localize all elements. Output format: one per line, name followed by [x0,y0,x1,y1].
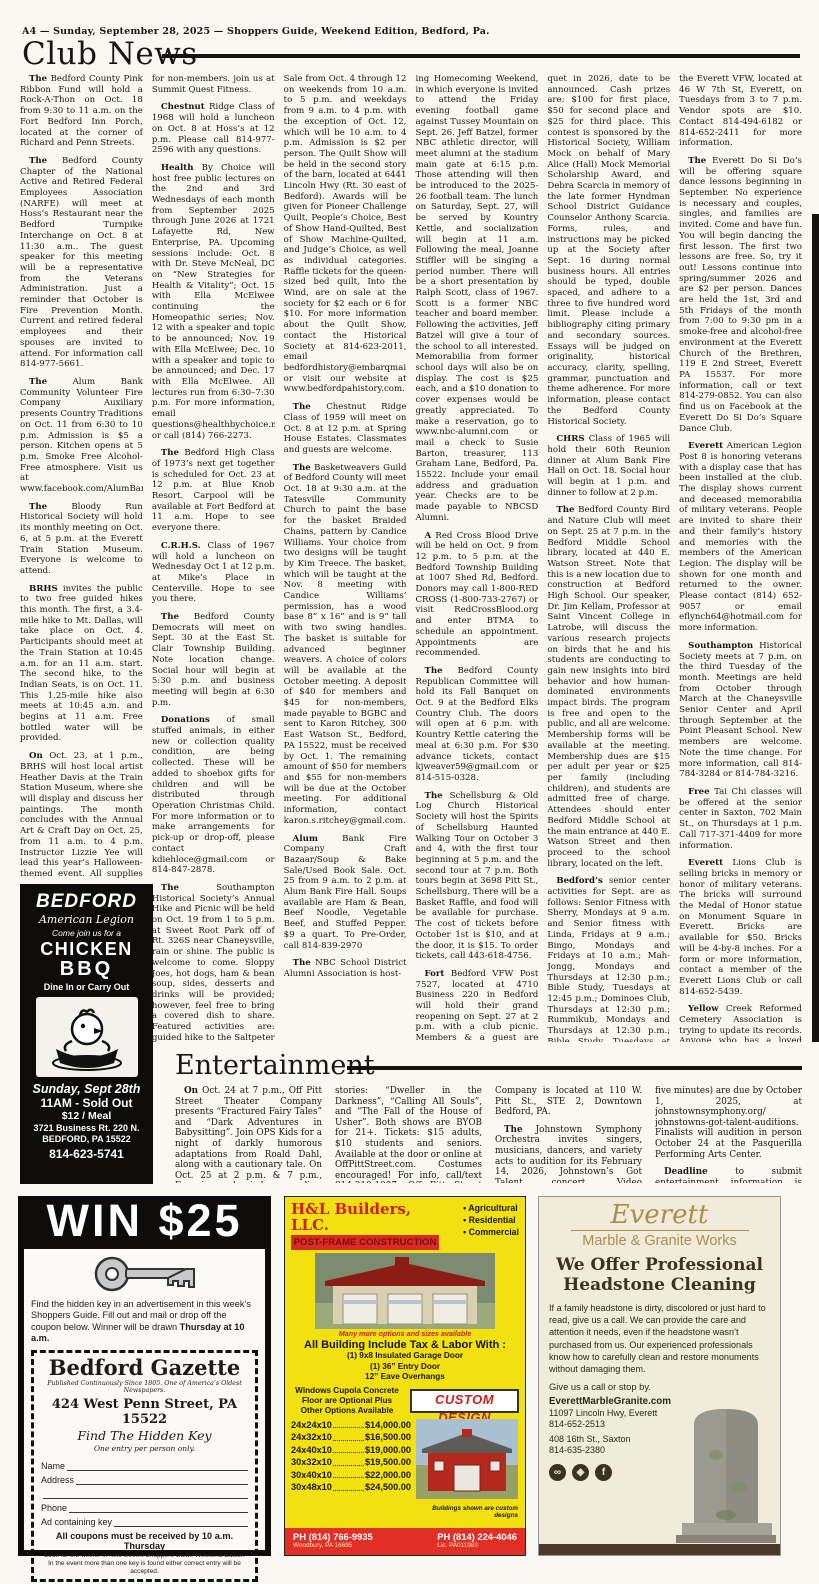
win-ad-body: Find the hidden key in an advertisement … [23,1248,266,1551]
entertainment-column-1: On Oct. 24 at 7 p.m., Off Pitt Street Th… [175,1086,322,1183]
hl-include-item: (1) 9x8 Insulated Garage Door [291,1351,519,1362]
everett-subtitle: Marble & Granite Works [571,1230,749,1249]
news-paragraph: BRHS invites the public to two free guid… [20,584,143,745]
news-paragraph: Free Tai Chi classes will be offered at … [679,787,802,851]
news-paragraph: for non-members. join us at Summit Quest… [152,74,275,95]
website-icon: ∞ [549,1464,566,1481]
hl-license: Lic. PA011983 [437,1542,517,1549]
news-paragraph: The Bedford County Republican Committee … [415,666,538,784]
news-paragraph: Donations of small stuffed animals, in e… [152,715,275,876]
hl-price-list: 24x24x10$14,000.0024x32x10$16,500.0024x4… [291,1419,411,1519]
entertainment-column-2: stories: “Dweller in the Darkness”, “Cal… [335,1086,482,1183]
news-column-4: ing Homecoming Weekend, in which everyon… [415,74,538,1042]
legion-price: $12 / Meal [20,1110,153,1122]
legion-org: American Legion [20,913,153,926]
hl-builders-ad: H&L Builders, LLC. POST-FRAME CONSTRUCTI… [284,1196,526,1556]
hl-price-row: 30x32x10$19,500.00 [291,1456,411,1469]
everett-footer-bar [539,1544,780,1555]
news-paragraph: Health By Choice will host free public l… [152,163,275,441]
news-paragraph: CHRS Class of 1965 will hold their 60th … [547,434,670,498]
news-paragraph: The Bedford High Class of 1973’s next ge… [152,448,275,534]
news-paragraph: The Southampton Historical Society’s Ann… [152,883,275,1042]
everett-address-2: 408 16th St., Saxton [549,1434,679,1444]
newspaper-page: A4 — Sunday, September 28, 2025 — Shoppe… [0,0,819,1584]
news-paragraph: The Bedford County Bird and Nature Club … [547,505,670,869]
gazette-address: 424 West Penn Street, PA 15522 [41,1397,248,1427]
hl-custom-design-badge: CUSTOM DESIGN [410,1389,519,1413]
hl-service-item: • Residential [463,1214,519,1226]
hl-company-name: H&L Builders, LLC. [291,1201,439,1233]
chicken-bbq-cartoon [36,997,138,1077]
coupon-form: NameAddressPhoneAd containing key [41,1457,248,1527]
news-paragraph: Sale from Oct. 4 through 12 on weekends … [284,74,407,395]
news-paragraph: ing Homecoming Weekend, in which everyon… [415,74,538,524]
news-paragraph: A Red Cross Blood Drive will be held on … [415,531,538,659]
coupon-note: One entry per person only. [41,1444,248,1453]
everett-cta: Give us a call or stop by. [549,1381,679,1392]
memorial-seal-icon: ◈ [572,1464,589,1481]
news-paragraph: The Bedford County Chapter of the Nation… [20,156,143,370]
news-column-3: Sale from Oct. 4 through 12 on weekends … [284,74,407,1042]
news-column-5: quet in 2026, date to be announced. Cash… [547,74,670,1042]
news-paragraph: Company is located at 110 W. Pitt St., S… [495,1086,642,1118]
legion-tagline: Come join us for a [20,928,153,938]
everett-phone-1: 814-652-2513 [549,1419,679,1429]
write-in-line[interactable] [114,1526,248,1527]
news-column-2: for non-members. join us at Summit Quest… [152,74,275,1042]
win-25-ad: WIN $25 Find the hidden key in an advert… [18,1196,271,1556]
hl-footer: PH (814) 766-9935Woodbury, PA 16695 PH (… [285,1528,525,1555]
hl-include-list: (1) 9x8 Insulated Garage Door(1) 36” Ent… [291,1351,519,1383]
hl-price-row: 30x48x10$24,500.00 [291,1481,411,1494]
write-in-line[interactable] [67,1470,248,1471]
hl-include-item: (1) 36” Entry Door [291,1362,519,1373]
legion-event-chicken: CHICKEN [20,939,153,960]
pole-barn-photo [315,1253,495,1329]
win-banner: WIN $25 [18,1196,271,1246]
news-paragraph: Chestnut Ridge Class of 1968 will hold a… [152,102,275,156]
hl-phone-2: PH (814) 224-4046 [437,1531,517,1542]
page-edge-scan-artifact [812,214,819,1042]
hl-photo-caption: Many more options and sizes available [291,1329,519,1338]
news-paragraph: quet in 2026, date to be announced. Cash… [547,74,670,427]
coupon-headline: Find The Hidden Key [41,1428,248,1443]
american-legion-bbq-ad: BEDFORD American Legion Come join us for… [20,884,153,1184]
everett-headline: We Offer ProfessionalHeadstone Cleaning [549,1255,770,1295]
coupon-fine-print: Look for the winner in next week’s Shopp… [41,1552,248,1560]
win-instructions: Find the hidden key in an advertisement … [31,1299,258,1345]
news-paragraph: The Schellsburg & Old Log Church Histori… [415,791,538,962]
news-paragraph: Everett American Legion Post 8 is honori… [679,441,802,634]
hl-services-list: • Agricultural• Residential• Commercial [463,1201,519,1250]
coupon-fine-print: In the event more than one key is found … [41,1560,248,1575]
coupon-deadline: All coupons must be received by 10 a.m. … [41,1531,248,1551]
news-column-6: the Everett VFW, located at 46 W 7th St,… [679,74,802,1042]
section-divider [162,54,800,58]
news-paragraph: The Basketweavers Guild of Bedford Count… [284,463,407,827]
news-paragraph: Bedford’s senior center activities for S… [547,876,670,1042]
coupon-field[interactable]: Ad containing key [41,1513,248,1527]
news-column-1: The Bedford County Pink Ribbon Fund will… [20,74,143,878]
news-paragraph: the Everett VFW, located at 46 W 7th St,… [679,74,802,149]
hl-post-frame-banner: POST-FRAME CONSTRUCTION [291,1235,439,1250]
coupon-field[interactable] [41,1485,248,1499]
hl-options-note: Windows Cupola Concrete Floor are Option… [291,1386,403,1416]
section-divider [347,1066,802,1070]
coupon-field[interactable]: Address [41,1471,248,1485]
news-paragraph: C.R.H.S. Class of 1967 will hold a lunch… [152,541,275,605]
entertainment-column-4: five minutes) are due by October 1, 2025… [655,1086,802,1183]
news-paragraph: The Bloody Run Historical Society will h… [20,502,143,577]
hl-include-item: 12” Eave Overhangs [291,1372,519,1383]
hl-include-title: All Building Include Tax & Labor With : [291,1339,519,1351]
entertainment-columns: On Oct. 24 at 7 p.m., Off Pitt Street Th… [175,1086,802,1183]
legion-date: Sunday, Sept 28th [20,1082,153,1096]
news-paragraph: five minutes) are due by October 1, 2025… [655,1086,802,1160]
news-paragraph: Alum Bank Fire Company Craft Bazaar/Soup… [284,834,407,952]
everett-website: EverettMarbleGranite.com [549,1396,689,1407]
everett-logo: Everett [549,1202,770,1229]
write-in-line[interactable] [76,1484,248,1485]
hl-service-item: • Commercial [463,1226,519,1238]
entertainment-header: Entertainment [175,1050,802,1080]
news-paragraph: The Chestnut Ridge Class of 1959 will me… [284,402,407,456]
coupon-field[interactable]: Name [41,1457,248,1471]
legion-address-1: 3721 Business Rt. 220 N. [20,1123,153,1133]
news-paragraph: Deadline to submit entertainment informa… [655,1167,802,1183]
entertainment-column-3: Company is located at 110 W. Pitt St., S… [495,1086,642,1183]
legion-dine-carryout: Dine In or Carry Out [20,982,153,992]
news-paragraph: The Alum Bank Community Volunteer Fire C… [20,377,143,495]
key-icon [90,1251,200,1297]
everett-marble-granite-ad: Everett Marble & Granite Works We Offer … [538,1196,781,1556]
gazette-coupon: Bedford Gazette Published Continuously S… [31,1350,258,1583]
news-paragraph: Yellow Creek Reformed Cemetery Associati… [679,1004,802,1042]
write-in-line[interactable] [43,1498,248,1499]
news-paragraph: On Oct. 24 at 7 p.m., Off Pitt Street Th… [175,1086,322,1183]
hl-disclaimer: Buildings shown are custom designs [416,1505,518,1519]
hl-service-item: • Agricultural [463,1202,519,1214]
club-news-header: Club News [22,36,802,68]
headstone-photo [676,1395,776,1543]
hl-price-row: 24x32x10$16,500.00 [291,1431,411,1444]
hl-price-row: 30x40x10$22,000.00 [291,1469,411,1482]
legion-time: 11AM - Sold Out [20,1096,153,1110]
news-paragraph: The Johnstown Symphony Orchestra invites… [495,1125,642,1183]
everett-address-1: 11097 Lincoln Hwy, Everett [549,1408,679,1418]
news-paragraph: The Everett Do Si Do’s will be offering … [679,156,802,434]
everett-body-copy: If a family headstone is dirty, discolor… [549,1302,770,1375]
news-paragraph: The Bedford County Democrats will meet o… [152,612,275,708]
gazette-tagline: Published Continuously Since 1805. One o… [41,1380,248,1394]
everett-phone-2: 814-635-2380 [549,1445,679,1455]
news-paragraph: On Oct. 23, at 1 p.m., BRHS will host lo… [20,751,143,878]
entertainment-title: Entertainment [175,1050,375,1081]
legion-phone: 814-623-5741 [20,1147,153,1161]
gazette-masthead: Bedford Gazette [41,1357,248,1379]
write-in-line[interactable] [69,1512,248,1513]
hl-phone-1: PH (814) 766-9935 [293,1531,373,1542]
news-paragraph: Southampton Historical Society meets at … [679,641,802,780]
news-paragraph: The NBC School District Alumni Associati… [284,958,407,979]
news-paragraph: Fort Bedford VFW Post 7527, located at 4… [415,969,538,1042]
hl-price-row: 24x24x10$14,000.00 [291,1419,411,1432]
legion-event-bbq: BBQ [20,958,153,981]
hl-location-1: Woodbury, PA 16695 [293,1542,373,1549]
news-paragraph: stories: “Dweller in the Darkness”, “Cal… [335,1086,482,1183]
legion-address-2: BEDFORD, PA 15522 [20,1134,153,1144]
news-paragraph: Everett Lions Club is selling bricks in … [679,858,802,997]
red-barn-photo [416,1419,518,1499]
coupon-field[interactable]: Phone [41,1499,248,1513]
facebook-icon: f [595,1464,612,1481]
legion-brand: BEDFORD [20,891,153,913]
hl-price-row: 24x40x10$19,000.00 [291,1444,411,1457]
news-paragraph: The Bedford County Pink Ribbon Fund will… [20,74,143,149]
